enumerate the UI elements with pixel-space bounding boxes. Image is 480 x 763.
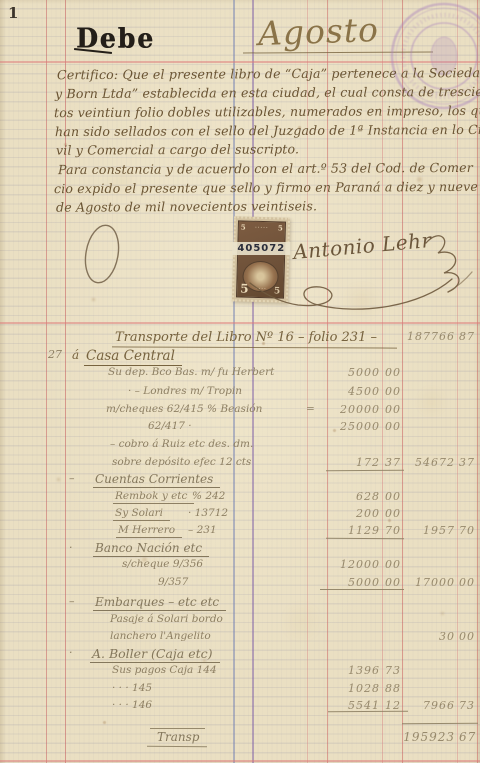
ledger-row-group: 27 á Casa Central (0, 348, 480, 364)
amount-units: 200 (322, 507, 380, 520)
amount-units: 1028 (322, 682, 380, 695)
amount-units: 12000 (322, 558, 380, 571)
certification-line: cio expido el presente que sello y firmo… (54, 179, 478, 196)
ledger-row: – cobro á Ruiz etc des. dm. (0, 438, 480, 454)
ledger-row: · · · 146 5541 12 7966 73 (0, 699, 480, 715)
group-dash: · (69, 541, 73, 554)
ledger-row: Rembok y etc % 242 628 00 (0, 490, 480, 506)
entry-mark: = (306, 403, 315, 415)
amount-units: 5000 (322, 366, 380, 379)
ledger-row: Su dep. Bco Bas. m/ fu Herbert 5000 00 (0, 366, 480, 382)
amount-units: 1129 (322, 524, 380, 537)
amount-units: 172 (322, 456, 380, 469)
ruled-line-horizontal (0, 322, 480, 324)
entry-description: 9/357 (158, 576, 188, 588)
subtotal-cents: 37 (459, 456, 478, 469)
subtotal-units: 17000 (400, 576, 455, 589)
entry-description: Pasaje á Solari bordo (110, 613, 223, 625)
ledger-row: · · · 145 1028 88 (0, 682, 480, 698)
subtotal-cents: 73 (459, 699, 478, 712)
amount-units: 25000 (322, 420, 380, 433)
amount-units: 1396 (322, 664, 380, 677)
group-dash: – (69, 595, 75, 608)
amount-cents: 88 (385, 682, 402, 695)
subtotal-rule (320, 589, 404, 590)
amount-units: 5000 (322, 576, 380, 589)
carry-amount-units: 187766 (400, 330, 455, 343)
ledger-row: Pasaje á Solari bordo (0, 613, 480, 629)
ledger-row-footer: Transp 195923 67 (0, 730, 480, 746)
entry-description: · – Londres m/ Tropin (128, 385, 242, 397)
ledger-row: Sus pagos Caja 144 1396 73 (0, 664, 480, 680)
group-dash: · (69, 646, 73, 659)
account-group-name: Cuentas Corrientes (93, 472, 220, 488)
entry-description: sobre depósito efec 12 cts (112, 456, 251, 468)
ledger-row: · – Londres m/ Tropin 4500 00 (0, 385, 480, 401)
ruled-line-horizontal (0, 760, 480, 762)
carry-forward-label: Transporte del Libro Nº 16 – folio 231 – (115, 330, 377, 345)
group-dash: – (69, 472, 75, 485)
subtotal-cents: 70 (459, 524, 478, 537)
entry-description: · · · 145 (112, 682, 152, 694)
account-group-name: Embarques – etc etc (93, 595, 226, 611)
amount-cents: 00 (385, 385, 402, 398)
account-group-name: Banco Nación etc (93, 541, 209, 557)
ledger-row: 9/357 5000 00 17000 00 (0, 576, 480, 592)
ledger-row: Sy Solari · 13712 200 00 (0, 507, 480, 523)
amount-cents: 00 (385, 490, 402, 503)
account-name: M Herrero (116, 524, 182, 538)
amount-cents: 00 (385, 366, 402, 379)
amount-units: 20000 (322, 403, 380, 416)
certification-line: Certifico: Que el presente libro de “Caj… (57, 65, 480, 83)
ledger-row: sobre depósito efec 12 cts 172 37 54672 … (0, 456, 480, 472)
certification-line: han sido sellados con el sello del Juzga… (55, 122, 480, 139)
account-ref: % 242 (192, 490, 225, 502)
ledger-row-group: · A. Boller (Caja etc) (0, 646, 480, 662)
signature-flourish (240, 215, 480, 320)
amount-cents: 00 (385, 507, 402, 520)
certification-line: tos veintiun folio dobles utilizables, n… (54, 103, 480, 120)
subtotal-units: 1957 (400, 524, 455, 537)
entry-description: Su dep. Bco Bas. m/ fu Herbert (108, 366, 274, 378)
amount-units: 628 (322, 490, 380, 503)
ledger-row: M Herrero – 231 1129 70 1957 70 (0, 524, 480, 540)
subtotal-cents: 00 (459, 576, 478, 589)
amount-units: 4500 (322, 385, 380, 398)
account-name: Sy Solari (113, 507, 170, 521)
account-name: Rembok y etc (113, 490, 194, 504)
entry-description: 62/417 · (148, 420, 192, 432)
entry-prefix: á (72, 348, 79, 362)
account-ref: – 231 (188, 524, 217, 536)
page-number: 1 (8, 4, 18, 22)
certification-line: de Agosto de mil novecientos veintiseis. (56, 198, 317, 214)
ink-flourish-o (78, 220, 128, 290)
account-group-name: A. Boller (Caja etc) (90, 646, 220, 663)
subtotal-units: 54672 (400, 456, 455, 469)
entry-description: · · · 146 (112, 699, 152, 711)
carry-to-next-label: Transp (157, 730, 199, 744)
ledger-row-group: · Banco Nación etc (0, 541, 480, 557)
amount-units: 30 (400, 630, 455, 643)
foxing-stains (0, 0, 3, 3)
amount-cents: 00 (385, 558, 402, 571)
amount-cents: 00 (385, 403, 402, 416)
ledger-row-group: – Embarques – etc etc (0, 595, 480, 611)
ledger-row: m/cheques 62/415 % Beasión = 20000 00 (0, 403, 480, 419)
entry-description: Sus pagos Caja 144 (112, 664, 217, 676)
entry-description: – cobro á Ruiz etc des. dm. (110, 438, 253, 450)
entry-day: 27 (48, 348, 62, 361)
certification-line: vil y Comercial a cargo del suscripto. (56, 141, 299, 157)
subtotal-units: 7966 (400, 699, 455, 712)
ledger-row-group: – Cuentas Corrientes (0, 472, 480, 488)
ledger-row: s/cheque 9/356 12000 00 (0, 558, 480, 574)
entry-description: lanchero l'Angelito (110, 630, 211, 642)
ledger-row: 62/417 · 25000 00 (0, 420, 480, 436)
page-total-cents: 67 (459, 730, 478, 744)
certification-line: y Born Ltda” establecida en esta ciudad,… (55, 84, 480, 101)
carry-amount-cents: 87 (459, 330, 478, 343)
month-header: Agosto (257, 10, 379, 53)
amount-cents: 00 (459, 630, 478, 643)
amount-cents: 00 (385, 420, 402, 433)
page-total-units: 195923 (400, 730, 455, 744)
amount-cents: 73 (385, 664, 402, 677)
ledger-row: lanchero l'Angelito 30 00 (0, 630, 480, 646)
transp-overline (150, 728, 205, 729)
entry-description: m/cheques 62/415 % Beasión (106, 403, 262, 415)
entry-description: s/cheque 9/356 (122, 558, 203, 570)
account-group-name: Casa Central (84, 348, 182, 366)
ledger-row-carry-forward: Transporte del Libro Nº 16 – folio 231 –… (0, 330, 480, 346)
certification-line: Para constancia y de acuerdo con el art.… (58, 160, 473, 177)
account-ref: · 13712 (188, 507, 228, 519)
